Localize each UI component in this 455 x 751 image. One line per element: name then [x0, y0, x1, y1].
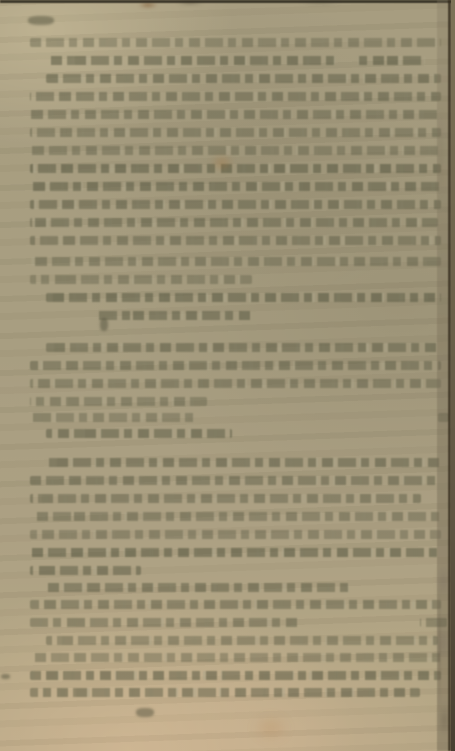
- text-line: [30, 548, 441, 557]
- text-line: [30, 397, 207, 406]
- text-line: [30, 566, 141, 575]
- text-line: [30, 413, 196, 422]
- text-line: [30, 110, 441, 119]
- text-line: [46, 293, 441, 302]
- text-line: [30, 600, 441, 609]
- text-line: [46, 636, 438, 645]
- text-line: [30, 182, 441, 191]
- stain: [246, 710, 296, 746]
- text-line: [30, 671, 441, 680]
- text-line: [30, 653, 441, 662]
- book-fore-edge-pages: [451, 0, 455, 751]
- text-line: [30, 236, 441, 245]
- text-line: [46, 429, 232, 438]
- faint-mark: [1, 674, 10, 679]
- text-line: [30, 530, 441, 539]
- text-line: [30, 146, 441, 155]
- text-line: [30, 379, 441, 388]
- scan-top-edge: [0, 0, 455, 3]
- text-line: [46, 343, 441, 352]
- text-line: [30, 494, 421, 503]
- text-line: [30, 275, 252, 284]
- text-line: [30, 257, 441, 266]
- text-line: [46, 583, 352, 592]
- text-line: [358, 56, 425, 65]
- text-line: [46, 74, 441, 83]
- text-line: [30, 200, 441, 209]
- text-line: [46, 458, 441, 467]
- text-line: [33, 512, 441, 521]
- book-fore-edge-shadow: [437, 0, 448, 751]
- scanned-page: [0, 0, 455, 751]
- text-line: [30, 476, 441, 485]
- text-line: [30, 618, 302, 627]
- text-line: [30, 164, 441, 173]
- text-line: [30, 128, 441, 137]
- text-line: [46, 56, 335, 65]
- text-line: [30, 38, 441, 47]
- text-line: [30, 688, 420, 697]
- text-line: [30, 361, 441, 370]
- text-line: [30, 218, 438, 227]
- faint-mark: [28, 16, 54, 25]
- faint-mark: [136, 708, 154, 717]
- text-line: [30, 92, 441, 101]
- text-line: [97, 311, 253, 320]
